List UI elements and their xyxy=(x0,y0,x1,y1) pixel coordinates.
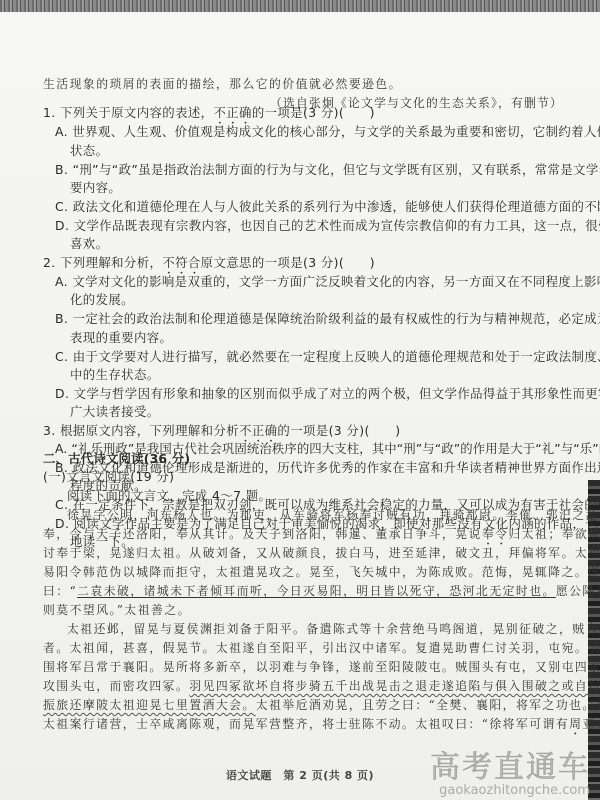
reading-instruction: 阅读下面的文言文，完成 4～7 题。 xyxy=(67,488,271,504)
passage-line-10: 攻围头屯，而密攻四冢。羽见四冢欲坏自将步骑五千出战晃击之退走遂追陷与俱入围破之或… xyxy=(43,678,600,694)
passage-line-7: 太祖还邺，留晃与夏侯渊拒刘备于阳平。备遣陈式等十余营绝马鸣阁道，晃别征破之，贼自… xyxy=(67,621,600,637)
site-watermark: 高考直通车 gaokaozhitongche.com xyxy=(410,752,590,798)
stem-emphasis: 不正确 xyxy=(213,105,251,120)
passage-line-9: 围将军吕常于襄阳。晃所将多新卒，以羽难与争锋，遂前至阳陵陂屯。贼围头有屯，又别屯… xyxy=(43,659,600,675)
watermark-logo-text: 高考直通车 xyxy=(410,752,590,784)
q2-option-c-cont: 中的生存状态。 xyxy=(70,367,160,383)
wavy-underlined-sentence: 羽见四冢欲坏自将步骑五千出战晃击之退走遂追陷与俱入围破之或自投沔水死晃 xyxy=(189,679,600,693)
watermark-url: gaokaozhitongche.com xyxy=(410,784,590,798)
passage-line-4: 易阳令韩范伪以城降而拒守，太祖遣晃攻之。晃至，飞矢城中，为陈成败。范悔，晃辄降之… xyxy=(43,564,600,580)
passage-text: 归太祖；奉欲从之，后悔。太祖 xyxy=(508,527,600,541)
passage-line-11: 振旅还摩陂太祖迎晃七里置酒大会。太祖举卮酒劝晃，且劳之曰：“全樊、襄阳，将军之功… xyxy=(43,697,600,713)
q1-option-c: C. 政法文化和道德伦理在人与人彼此关系的系列行为中渗透，能够使人们获得伦理道德… xyxy=(55,199,600,215)
q2-option-a: A. 文学对文化的影响是双重的，文学一方面广泛反映着文化的内容，另一方面又在不同… xyxy=(55,274,600,290)
q2-option-b-cont: 表现的重要内容。 xyxy=(70,330,172,346)
passage-text: 太祖举卮酒劝晃，且劳之曰：“全樊、襄阳，将军之功也。”时诸军皆集， xyxy=(256,698,600,712)
q1-option-d: D. 文学作品既表现有宗教内容，也因自己的艺术性而成为宣传宗教信仰的有力工具，这… xyxy=(55,218,600,234)
passage-text: 奉，令与天子还洛阳，奉从其计。及天子到洛阳，韩暹、董承日争斗，晃说 xyxy=(43,527,482,541)
q1-option-a-cont: 状态。 xyxy=(70,143,108,159)
q2-option-b: B. 一定社会的政治法制和伦理道德是保障统治阶级利益的最有权威性的行为与精神规范… xyxy=(55,311,600,327)
q1-option-d-cont: 喜欢。 xyxy=(70,236,108,252)
stem-text-end: 原文意思的一项是(3 分)( ) xyxy=(201,255,375,270)
subsection-heading: (一)文言文阅读(19 分) xyxy=(43,469,174,485)
q2-option-d: D. 文学与哲学因有形象和抽象的区别而似乎成了对立的两个极，但文学作品得益于其形… xyxy=(55,386,600,402)
passage-text: 愿公降易阳以示诸城， xyxy=(556,584,600,598)
passage-text: 攻围头屯，而密攻四冢。 xyxy=(43,679,189,693)
stem-text: 2. 下列理解和分析， xyxy=(43,255,162,270)
stem-emphasis: 不符合 xyxy=(162,255,200,270)
q1-option-b: B. “刑”与“政”虽是指政治法制方面的行为与文化，但它与文学既有区别，又有联系… xyxy=(55,162,600,178)
passage-text: 太祖案行诸营，士卒咸离陈观，而晃军营整齐，将士驻陈不动。太祖叹曰：“徐将军可谓有 xyxy=(43,717,569,731)
passage-line-1: 徐晃字公明，河东杨人也。为郡吏，从车骑将军杨奉讨贼有功，拜骑都尉。李傕、郭汜之乱… xyxy=(67,507,600,523)
stem-text: 1. 下列关于原文内容的表述， xyxy=(43,105,213,120)
stem-emphasis: 不正确 xyxy=(239,423,277,438)
passage-line-12: 太祖案行诸营，士卒咸离陈观，而晃军营整齐，将士驻陈不动。太祖叹曰：“徐将军可谓有… xyxy=(43,716,600,738)
q1-option-b-cont: 要内容。 xyxy=(70,180,121,196)
passage-emphasis: 奉令 xyxy=(482,527,509,541)
wavy-underlined-sentence: 振旅还摩陂太祖迎晃七里置酒大会。 xyxy=(43,698,256,712)
section-2-heading: 二、古代诗文阅读(36 分) xyxy=(43,451,190,467)
q2-option-a-cont: 化的发展。 xyxy=(70,292,134,308)
q1-option-a: A. 世界观、人生观、价值观是构成文化的核心部分，与文学的关系最为重要和密切，它… xyxy=(55,124,600,140)
passage-text: 曰：“ xyxy=(43,584,77,598)
q2-option-d-cont: 广大读者接受。 xyxy=(70,404,160,420)
q2-option-c: C. 由于文学要对人进行描写，就必然要在一定程度上反映人的道德伦理规范和处于一定… xyxy=(55,349,600,365)
stem-text-end: 的一项是(3 分)( ) xyxy=(252,105,375,120)
underlined-sentence: 二袁未破，诸城未下者倾耳而听，今日灭易阳，明日皆以死守，恐河北无定时也。 xyxy=(77,584,556,598)
stem-text: 3. 根据原文内容，下列理解和分析 xyxy=(43,423,239,438)
passage-line-5: 曰：“二袁未破，诸城未下者倾耳而听，今日灭易阳，明日皆以死守，恐河北无定时也。愿… xyxy=(43,583,600,599)
passage-continuation: 生活现象的琐屑的表面的描绘，那么它的价值就必然要逊色。 xyxy=(43,76,402,92)
passage-line-6: 则莫不望风。”太祖善之。 xyxy=(43,602,191,618)
passage-line-3: 讨奉于梁，晃遂归太祖。从破刘备，又从破颜良，拔白马，进至延津，破文丑，拜偏将军。… xyxy=(43,545,600,561)
passage-line-8: 者。太祖闻，甚喜，假晃节。太祖遂自至阳平，引出汉中诸军。复遣晃助曹仁讨关羽，屯宛… xyxy=(43,640,600,656)
passage-emphasis: 周亚夫 xyxy=(569,717,600,731)
stem-text-end: 的一项是(3 分)( ) xyxy=(277,423,400,438)
